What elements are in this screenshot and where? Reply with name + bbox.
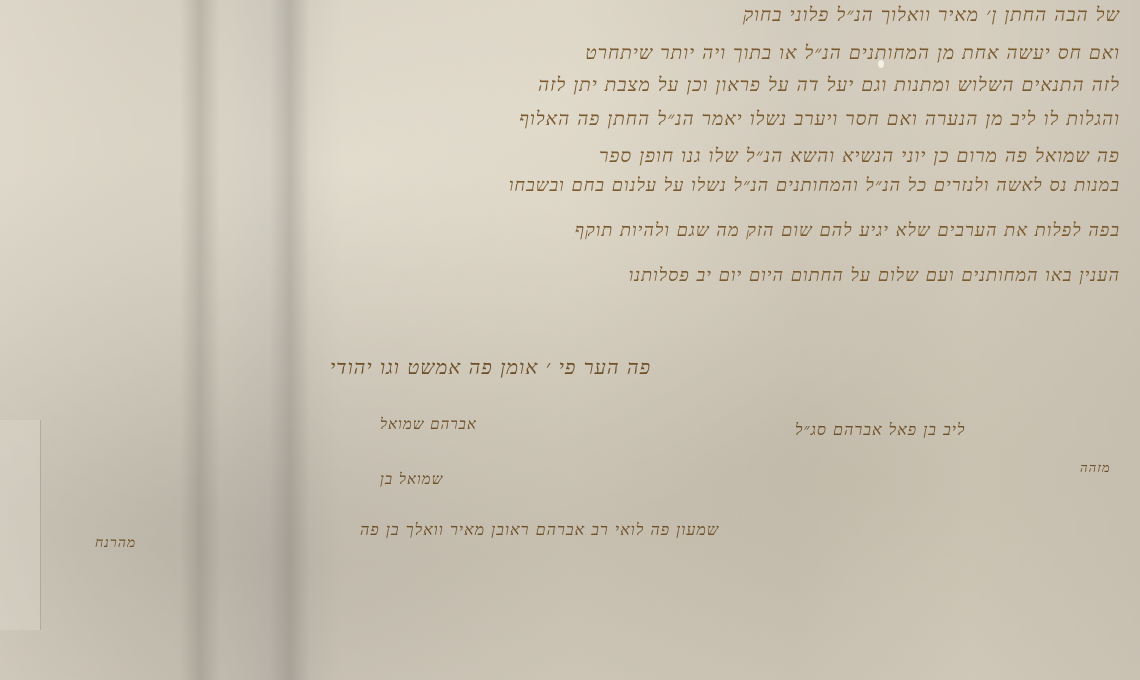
signature: אברהם שמואל (380, 415, 477, 434)
manuscript-line: של הבה החתן ן׳ מאיר וואלוך הנ״ל פלוני בח… (20, 4, 1120, 27)
signature: מזהה (1080, 460, 1111, 476)
signature: שמואל בן (380, 470, 443, 489)
signature: פה הער פי ׳ אומן פה אמשט וגו יהודי (330, 355, 651, 380)
manuscript-line: לזה התנאים השלוש ומתנות וגם יעל דה על פר… (20, 74, 1120, 97)
fold-crease (270, 0, 310, 680)
manuscript-line: בפה לפלות את הערבים שלא יגיע להם שום הזק… (20, 220, 1120, 241)
signature: ליב בן פאל אברהם סג״ל (795, 420, 965, 440)
signature: שמעון פה לואי רב אברהם ראובן מאיר וואלך … (360, 520, 719, 540)
manuscript-line: פה שמואל פה מרום כן יוני הנשיא והשא הנ״ל… (20, 145, 1120, 168)
manuscript-line: ואם חס יעשה אחת מן המחותנים הנ״ל או בתוך… (20, 42, 1120, 65)
manuscript-line: הענין באו המחותנים ועם שלום על החתום היו… (20, 265, 1120, 286)
signature: מהרנח (95, 535, 136, 552)
manuscript-line: במנות נס לאשה ולנזרים כל הנ״ל והמחותנים … (20, 175, 1120, 196)
manuscript-line: והגלות לו ליב מן הנערה ואם חסר ויערב נשל… (20, 108, 1120, 131)
fold-crease (180, 0, 220, 680)
torn-edge (0, 420, 41, 630)
